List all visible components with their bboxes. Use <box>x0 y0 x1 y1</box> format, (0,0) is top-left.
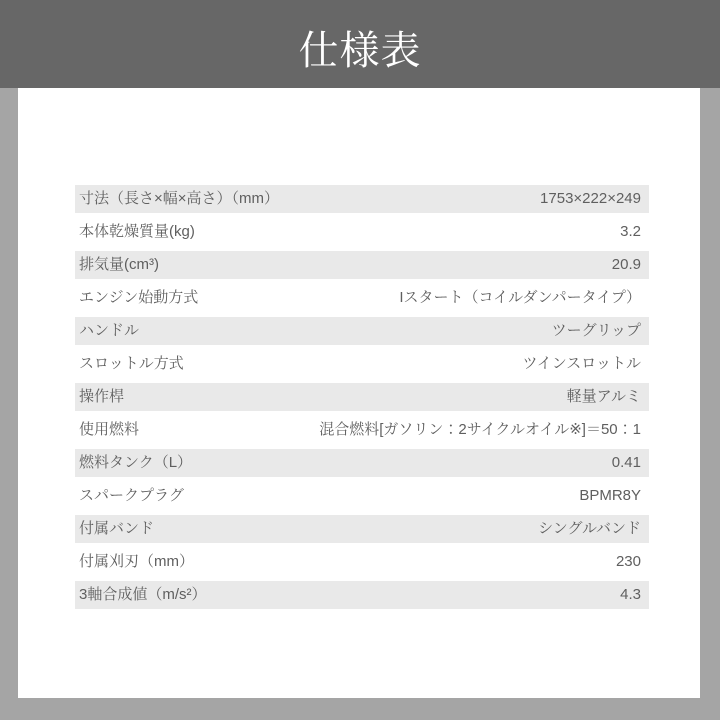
spec-table-row: 使用燃料 混合燃料[ガソリン：2サイクルオイル※]＝50：1 <box>75 416 649 444</box>
spec-table-row: スパークプラグ BPMR8Y <box>75 482 649 510</box>
spec-table-row: 燃料タンク（L） 0.41 <box>75 449 649 477</box>
spec-label: 燃料タンク（L） <box>79 449 192 477</box>
content-card: 寸法（長さ×幅×高さ）（mm） 1753×222×249 本体乾燥質量(kg) … <box>18 88 700 698</box>
spec-table-row: 操作桿 軽量アルミ <box>75 383 649 411</box>
spec-table-row: 本体乾燥質量(kg) 3.2 <box>75 218 649 246</box>
spec-label: 排気量(cm³) <box>79 251 159 279</box>
spec-value: 混合燃料[ガソリン：2サイクルオイル※]＝50：1 <box>319 416 641 444</box>
spec-label: スパークプラグ <box>79 482 184 510</box>
spec-value: ツインスロットル <box>522 350 641 378</box>
spec-value: ツーグリップ <box>552 317 641 345</box>
spec-label: 寸法（長さ×幅×高さ）（mm） <box>79 185 279 213</box>
page-title: 仕様表 <box>299 13 422 76</box>
page-header: 仕様表 <box>0 0 720 88</box>
spec-label: エンジン始動方式 <box>79 284 198 312</box>
spec-value: シングルバンド <box>538 515 641 543</box>
spec-table-row: 排気量(cm³) 20.9 <box>75 251 649 279</box>
spec-table: 寸法（長さ×幅×高さ）（mm） 1753×222×249 本体乾燥質量(kg) … <box>75 185 649 609</box>
spec-label: 付属バンド <box>79 515 154 543</box>
spec-value: 3.2 <box>620 218 641 246</box>
spec-label: ハンドル <box>79 317 139 345</box>
spec-value: 0.41 <box>612 449 641 477</box>
spec-table-row: 付属刈刃（mm） 230 <box>75 548 649 576</box>
spec-label: 付属刈刃（mm） <box>79 548 194 576</box>
spec-table-row: 3軸合成値（m/s²） 4.3 <box>75 581 649 609</box>
spec-value: 軽量アルミ <box>567 383 641 411</box>
spec-table-row: 付属バンド シングルバンド <box>75 515 649 543</box>
spec-value: 230 <box>616 548 641 576</box>
spec-value: 1753×222×249 <box>540 185 641 213</box>
spec-table-row: スロットル方式 ツインスロットル <box>75 350 649 378</box>
spec-value: 4.3 <box>620 581 641 609</box>
spec-value: Iスタート（コイルダンパータイプ） <box>399 284 641 312</box>
spec-label: 操作桿 <box>79 383 124 411</box>
spec-value: BPMR8Y <box>579 482 641 510</box>
spec-label: スロットル方式 <box>79 350 184 378</box>
spec-label: 本体乾燥質量(kg) <box>79 218 195 246</box>
spec-label: 使用燃料 <box>79 416 139 444</box>
spec-table-row: ハンドル ツーグリップ <box>75 317 649 345</box>
spec-value: 20.9 <box>612 251 641 279</box>
spec-table-row: エンジン始動方式 Iスタート（コイルダンパータイプ） <box>75 284 649 312</box>
page-background: 寸法（長さ×幅×高さ）（mm） 1753×222×249 本体乾燥質量(kg) … <box>0 88 720 720</box>
spec-table-row: 寸法（長さ×幅×高さ）（mm） 1753×222×249 <box>75 185 649 213</box>
spec-label: 3軸合成値（m/s²） <box>79 581 207 609</box>
